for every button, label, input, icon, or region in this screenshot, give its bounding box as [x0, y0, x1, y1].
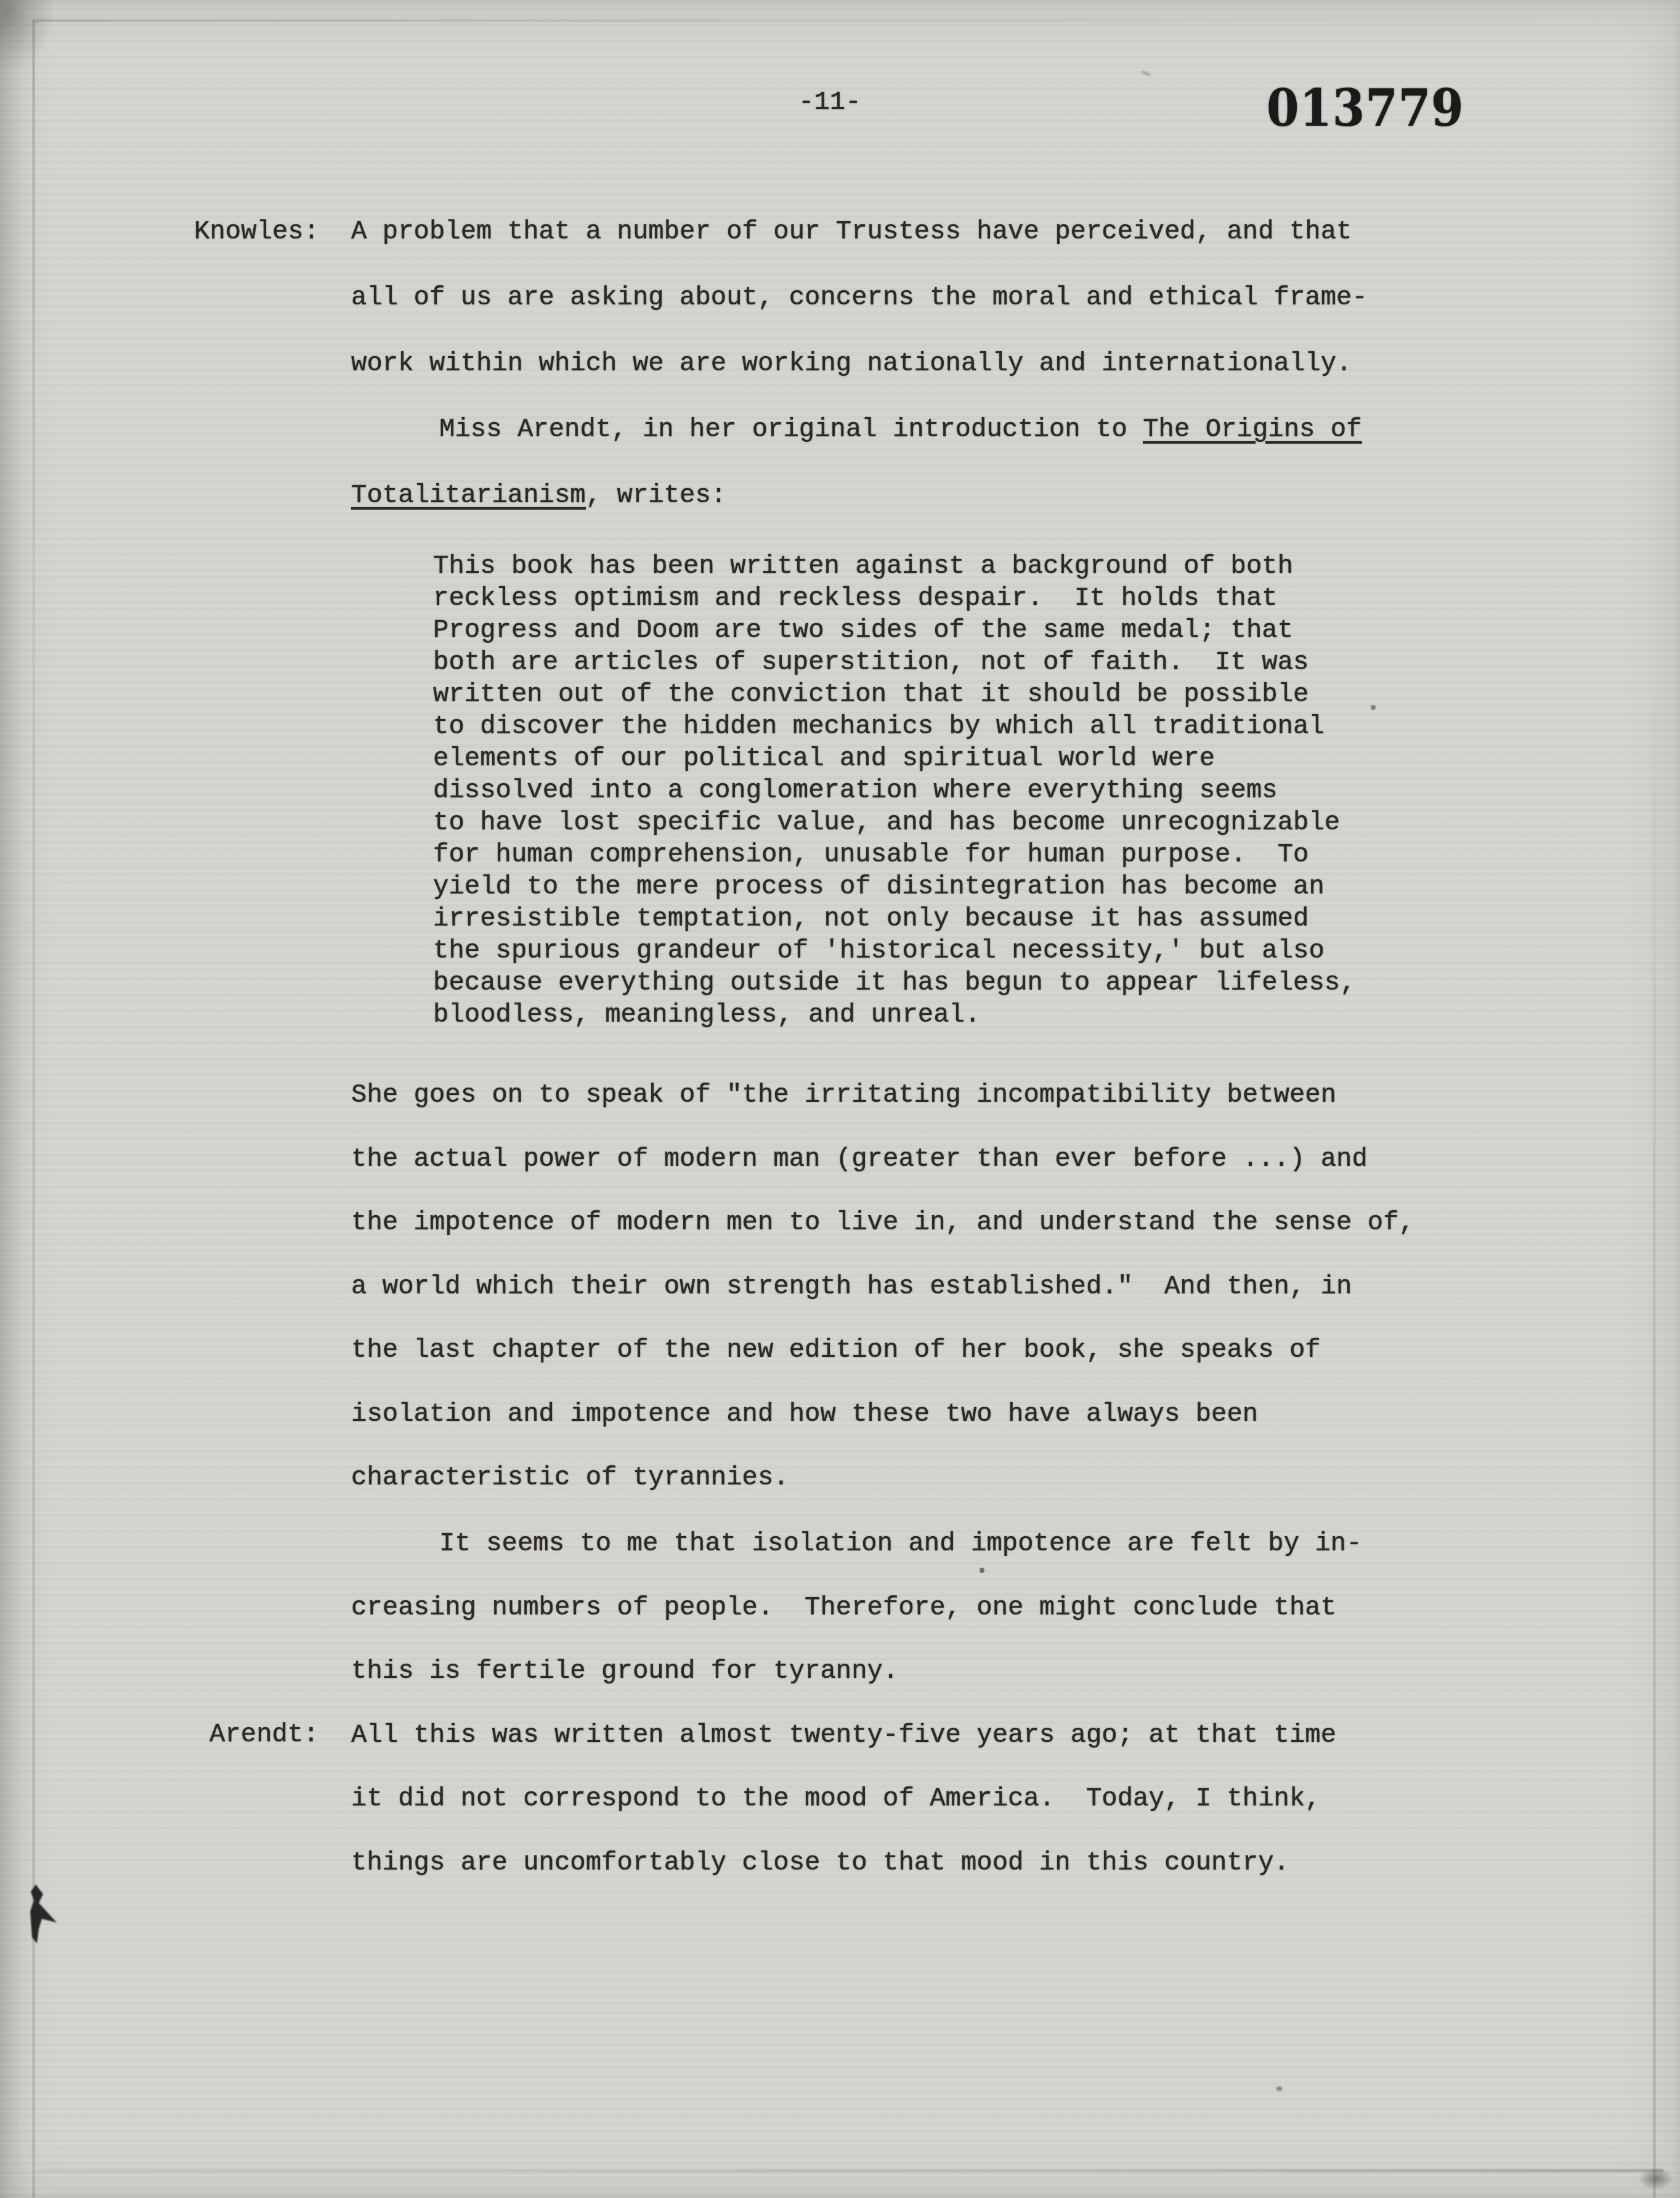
quote-line: for human comprehension, unusable for hu…: [433, 840, 1645, 872]
dialogue-line: work within which we are working nationa…: [351, 349, 1645, 415]
scan-speck: [1371, 705, 1376, 710]
quote-line: because everything outside it has begun …: [433, 968, 1645, 1000]
block-quote: This book has been written against a bac…: [433, 552, 1645, 1032]
dialogue-line: the last chapter of the new edition of h…: [351, 1335, 1645, 1399]
typed-text-column: A problem that a number of our Trustess …: [351, 217, 1645, 1911]
quote-line: written out of the conviction that it sh…: [433, 680, 1645, 712]
scan-speck: [1276, 2086, 1282, 2091]
document-page: -11- 013779 Knowles: Arendt: A problem t…: [0, 0, 1680, 2198]
dialogue-line: characteristic of tyrannies.: [351, 1463, 1645, 1527]
page-edge-line-bottom: [37, 2170, 1663, 2172]
quote-line: dissolved into a conglomeration where ev…: [433, 776, 1645, 808]
quote-line: This book has been written against a bac…: [433, 552, 1645, 584]
speaker-label-knowles: Knowles:: [194, 217, 319, 248]
quote-line: reckless optimism and reckless despair. …: [433, 584, 1645, 616]
intro-line-text: , writes:: [586, 481, 726, 510]
scan-bottom-right-smudge: [1626, 2157, 1676, 2194]
arendt-paragraph-1: All this was written almost twenty-five …: [351, 1720, 1645, 1912]
quote-line: to have lost specific value, and has bec…: [433, 808, 1645, 840]
dialogue-line: a world which their own strength has est…: [351, 1272, 1645, 1336]
dialogue-line: She goes on to speak of "the irritating …: [351, 1080, 1645, 1144]
page-edge-line-top: [33, 20, 1542, 22]
speaker-label-arendt: Arendt:: [209, 1720, 319, 1751]
knowles-paragraph-1: A problem that a number of our Trustess …: [351, 217, 1645, 547]
quote-line: irresistible temptation, not only becaus…: [433, 904, 1645, 936]
quote-line: the spurious grandeur of 'historical nec…: [433, 936, 1645, 968]
quote-line: yield to the mere process of disintegrat…: [433, 872, 1645, 904]
ink-mark-arrow: [30, 1884, 59, 1946]
quote-line: both are articles of superstition, not o…: [433, 648, 1645, 680]
intro-line-text: Miss Arendt, in her original introductio…: [439, 415, 1143, 444]
dialogue-line: this is fertile ground for tyranny.: [351, 1656, 1645, 1720]
page-edge-line-left: [33, 21, 34, 2198]
dialogue-line: isolation and impotence and how these tw…: [351, 1399, 1645, 1463]
dialogue-line: the impotence of modern men to live in, …: [351, 1208, 1645, 1272]
quote-line: to discover the hidden mechanics by whic…: [433, 712, 1645, 744]
dialogue-line: All this was written almost twenty-five …: [351, 1720, 1645, 1785]
quote-line: elements of our political and spiritual …: [433, 744, 1645, 776]
dialogue-line: all of us are asking about, concerns the…: [351, 283, 1645, 349]
dialogue-line: Miss Arendt, in her original introductio…: [351, 415, 1645, 481]
dialogue-line: it did not correspond to the mood of Ame…: [351, 1784, 1645, 1848]
scan-left-shading: [0, 0, 28, 2198]
dialogue-line: A problem that a number of our Trustess …: [351, 217, 1645, 283]
dialogue-line: Totalitarianism, writes:: [351, 481, 1645, 547]
scan-speck: [1141, 70, 1151, 76]
knowles-paragraph-2: She goes on to speak of "the irritating …: [351, 1080, 1645, 1527]
page-number: -11-: [798, 88, 861, 118]
dialogue-line: things are uncomfortably close to that m…: [351, 1848, 1645, 1912]
dialogue-line: the actual power of modern man (greater …: [351, 1144, 1645, 1208]
knowles-paragraph-3: It seems to me that isolation and impote…: [351, 1529, 1645, 1720]
document-id-stamp: 013779: [1267, 79, 1464, 138]
quote-line: bloodless, meaningless, and unreal.: [433, 1000, 1645, 1032]
quote-line: Progress and Doom are two sides of the s…: [433, 616, 1645, 648]
book-title-underlined: The Origins of: [1143, 415, 1361, 444]
scan-top-left-smudge: [0, 0, 92, 117]
book-title-underlined: Totalitarianism: [351, 481, 586, 510]
page-edge-line-right: [1654, 678, 1655, 2198]
dialogue-line: creasing numbers of people. Therefore, o…: [351, 1593, 1645, 1657]
dialogue-line: It seems to me that isolation and impote…: [351, 1529, 1645, 1593]
scan-speck: [980, 1568, 984, 1573]
